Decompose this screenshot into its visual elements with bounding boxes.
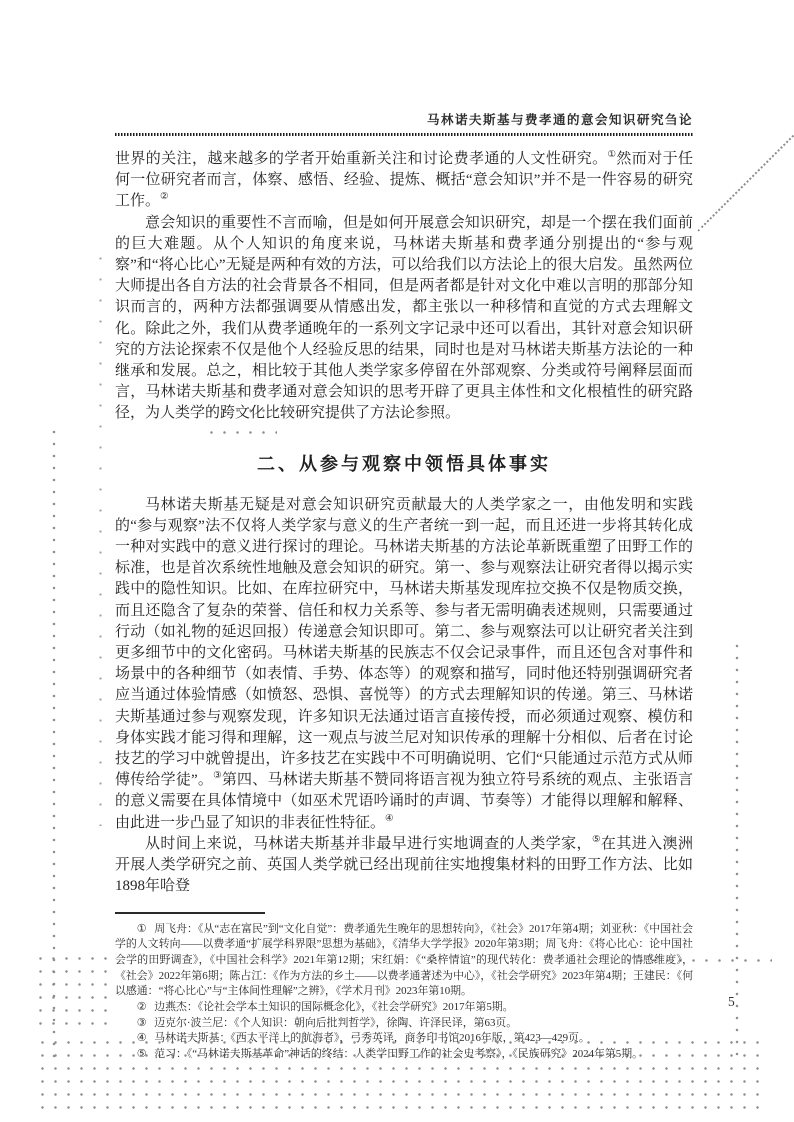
body-paragraph: 意会知识的重要性不言而喻，但是如何开展意会知识研究，却是一个摆在我们面前的巨大难… <box>115 213 693 425</box>
body-paragraph: 从时间上来说，马林诺夫斯基并非最早进行实地调查的人类学家，⑤在其进入澳洲开展人类… <box>115 834 693 898</box>
scan-noise-diagonal <box>697 135 794 232</box>
footnote-item: ⑤范习：《“马林诺夫斯基革命”神话的终结：人类学田野工作的社会史考察》，《民族研… <box>115 1047 693 1063</box>
footnote-text: 周飞舟：《从“志在富民”到“文化自觉”：费孝通先生晚年的思想转向》，《社会》20… <box>115 923 693 998</box>
footnote-marker: ④ <box>137 1032 147 1044</box>
paragraph-text: 马林诺夫斯基无疑是对意会知识研究贡献最大的人类学家之一，由他发明和实践的“参与观… <box>115 497 693 789</box>
footnote-marker: ① <box>137 923 147 935</box>
paragraph-text: 从时间上来说，马林诺夫斯基并非最早进行实地调查的人类学家， <box>145 836 592 852</box>
footnote-ref: ④ <box>385 814 394 824</box>
body-paragraph: 世界的关注，越来越多的学者开始重新关注和讨论费孝通的人文性研究。①然而对于任何一… <box>115 149 693 213</box>
footnote-marker: ② <box>137 1001 147 1013</box>
footnote-text: 迈克尔·波兰尼：《个人知识：朝向后批判哲学》，徐陶、许泽民译，第63页。 <box>154 1017 517 1029</box>
text-column: 马林诺夫斯基与费孝通的意会知识研究刍论 世界的关注，越来越多的学者开始重新关注和… <box>115 110 693 1063</box>
footnote-separator <box>115 912 265 914</box>
page-number: 5 <box>728 994 735 1010</box>
footnote-ref: ⑤ <box>592 835 601 845</box>
footnote-item: ③迈克尔·波兰尼：《个人知识：朝向后批判哲学》，徐陶、许泽民译，第63页。 <box>115 1016 693 1032</box>
footnote-marker: ⑤ <box>137 1048 147 1060</box>
footnote-ref: ② <box>160 192 169 202</box>
scan-noise-dots <box>49 426 59 1062</box>
footnote-text: 马林诺夫斯基：《西太平洋上的航海者》，弓秀英译，商务印书馆2016年版，第423… <box>154 1032 590 1044</box>
footnote-marker: ③ <box>137 1017 147 1029</box>
footnote-text: 边燕杰：《论社会学本土知识的国际概念化》，《社会学研究》2017年第5期。 <box>154 1001 513 1013</box>
footnote-text: 范习：《“马林诺夫斯基革命”神话的终结：人类学田野工作的社会史考察》，《民族研究… <box>154 1048 643 1060</box>
section-heading: 二、从参与观察中领悟具体事实 <box>115 450 693 476</box>
footnote-item: ②边燕杰：《论社会学本土知识的国际概念化》，《社会学研究》2017年第5期。 <box>115 1000 693 1016</box>
footnote-ref: ③ <box>213 771 222 781</box>
document-page: 马林诺夫斯基与费孝通的意会知识研究刍论 世界的关注，越来越多的学者开始重新关注和… <box>0 0 794 1122</box>
header-rule <box>115 133 693 136</box>
body-paragraph: 马林诺夫斯基无疑是对意会知识研究贡献最大的人类学家之一，由他发明和实践的“参与观… <box>115 495 693 834</box>
footnote-item: ④马林诺夫斯基：《西太平洋上的航海者》，弓秀英译，商务印书馆2016年版，第42… <box>115 1031 693 1047</box>
paragraph-text: 世界的关注，越来越多的学者开始重新关注和讨论费孝通的人文性研究。 <box>115 151 608 167</box>
scan-noise-dots <box>34 952 112 1030</box>
footnote-item: ①周飞舟：《从“志在富民”到“文化自觉”：费孝通先生晚年的思想转向》，《社会》2… <box>115 922 693 1001</box>
scan-noise-dots <box>96 248 105 826</box>
running-head: 马林诺夫斯基与费孝通的意会知识研究刍论 <box>115 110 693 128</box>
